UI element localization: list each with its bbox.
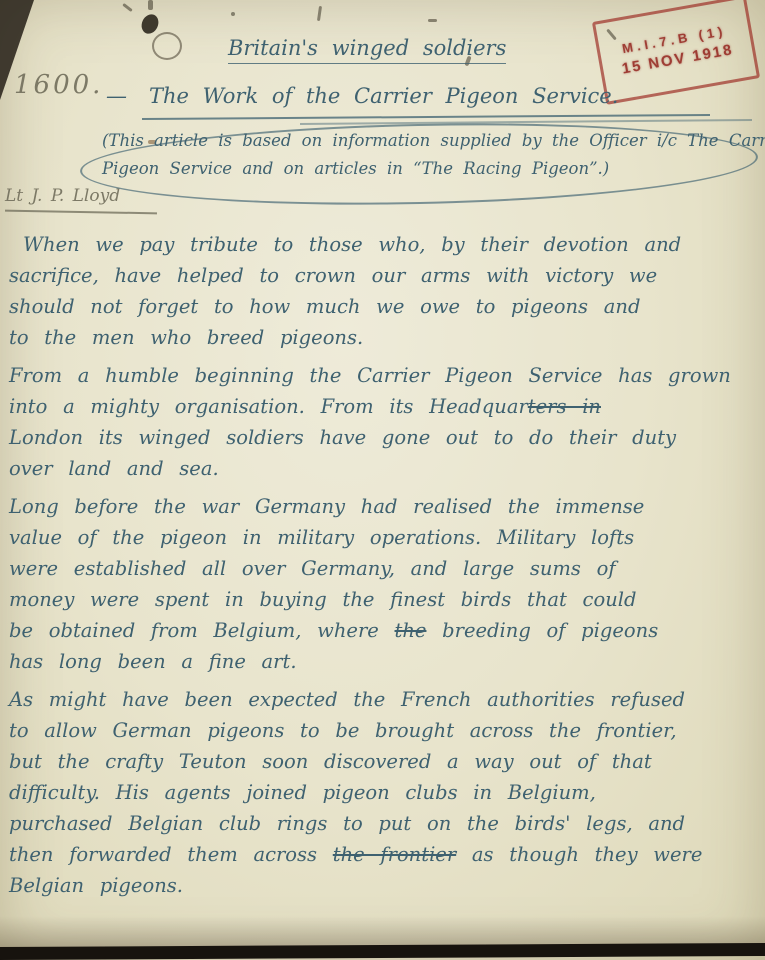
manuscript-line: but the crafty Teuton soon discovered a … bbox=[9, 746, 759, 777]
manuscript-line: purchased Belgian club rings to put on t… bbox=[9, 808, 759, 839]
page-title: Britain's winged soldiers bbox=[228, 36, 506, 64]
manuscript-body: When we pay tribute to those who, by the… bbox=[9, 229, 759, 908]
manuscript-line: has long been a fine art. bbox=[9, 646, 759, 677]
ink-speck bbox=[317, 6, 322, 21]
manuscript-line: Belgian pigeons. bbox=[9, 870, 759, 901]
subtitle-underline bbox=[142, 114, 710, 120]
manuscript-line: As might have been expected the French a… bbox=[9, 684, 759, 715]
manuscript-line: to the men who breed pigeons. bbox=[9, 322, 759, 353]
manuscript-line: be obtained from Belgium, where the bree… bbox=[9, 615, 759, 646]
subtitle-dash: — bbox=[106, 84, 127, 108]
source-note-line-1: (This article is based on information su… bbox=[102, 131, 765, 150]
manuscript-line: value of the pigeon in military operatio… bbox=[9, 522, 759, 553]
page-bottom-edge bbox=[0, 943, 765, 960]
manuscript-line: to allow German pigeons to be brought ac… bbox=[9, 715, 759, 746]
manuscript-line: Long before the war Germany had realised… bbox=[9, 491, 759, 522]
manuscript-line: difficulty. His agents joined pigeon clu… bbox=[9, 777, 759, 808]
manuscript-line: London its winged soldiers have gone out… bbox=[9, 422, 759, 453]
manuscript-page: M.I.7.B (1) 15 NOV 1918 1600. Lt J. P. L… bbox=[0, 0, 765, 960]
ink-speck bbox=[122, 3, 133, 12]
page-subtitle: The Work of the Carrier Pigeon Service. bbox=[149, 84, 618, 108]
author-underline bbox=[5, 210, 157, 214]
manuscript-line: When we pay tribute to those who, by the… bbox=[9, 229, 759, 260]
manuscript-line: money were spent in buying the finest bi… bbox=[9, 584, 759, 615]
reference-number: 1600. bbox=[14, 70, 103, 100]
manuscript-line: then forwarded them across the frontier … bbox=[9, 839, 759, 870]
ink-speck bbox=[428, 19, 437, 22]
manuscript-line: sacrifice, have helped to crown our arms… bbox=[9, 260, 759, 291]
ink-blot bbox=[139, 12, 162, 37]
manuscript-line: should not forget to how much we owe to … bbox=[9, 291, 759, 322]
punch-hole bbox=[152, 32, 182, 60]
manuscript-line: over land and sea. bbox=[9, 453, 759, 484]
manuscript-line: into a mighty organisation. From its Hea… bbox=[9, 391, 759, 422]
author-credit: Lt J. P. Lloyd bbox=[5, 186, 120, 206]
ink-speck bbox=[231, 12, 235, 16]
page-subtitle-row: —The Work of the Carrier Pigeon Service. bbox=[106, 84, 618, 108]
source-note-line-2: Pigeon Service and on articles in “The R… bbox=[102, 159, 609, 178]
manuscript-line: were established all over Germany, and l… bbox=[9, 553, 759, 584]
ink-speck bbox=[148, 0, 153, 10]
manuscript-line: From a humble beginning the Carrier Pige… bbox=[9, 360, 759, 391]
